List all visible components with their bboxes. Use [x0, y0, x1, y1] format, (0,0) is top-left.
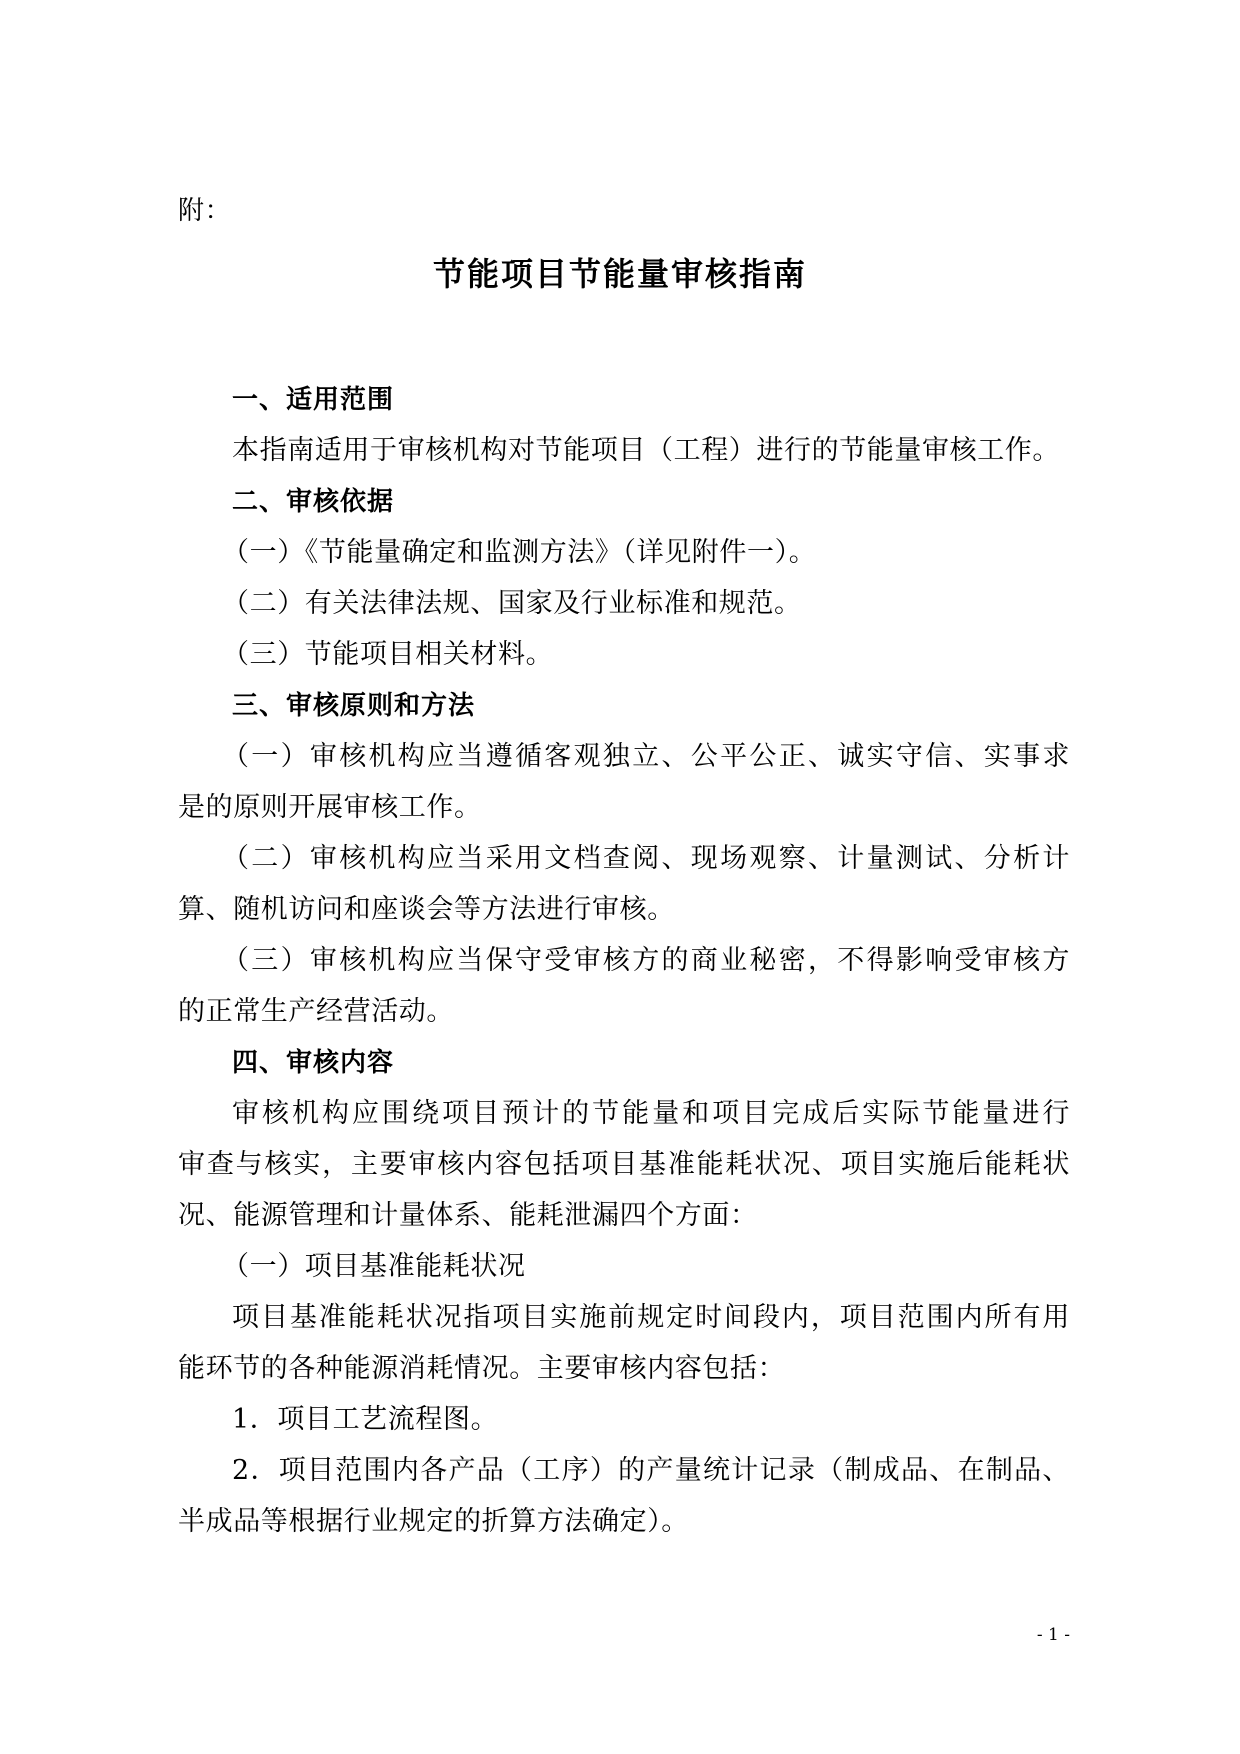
principle-3-line-1: （三）审核机构应当保守受审核方的商业秘密，不得影响受审核方: [222, 944, 1070, 978]
baseline-item-2-line-2: 半成品等根据行业规定的折算方法确定）。: [178, 1505, 1070, 1539]
document-title: 节能项目节能量审核指南: [0, 254, 1240, 294]
content-paragraph-line-2: 审查与核实，主要审核内容包括项目基准能耗状况、项目实施后能耗状: [178, 1148, 1070, 1182]
baseline-item-1: 1．项目工艺流程图。: [232, 1403, 1070, 1437]
paragraph-scope: 本指南适用于审核机构对节能项目（工程）进行的节能量审核工作。: [232, 434, 1070, 468]
baseline-paragraph-line-2: 能环节的各种能源消耗情况。主要审核内容包括：: [178, 1352, 1070, 1386]
attachment-label: 附：: [178, 194, 1070, 228]
principle-2-line-1: （二）审核机构应当采用文档查阅、现场观察、计量测试、分析计: [222, 842, 1070, 876]
section-heading-scope: 一、适用范围: [232, 383, 1070, 417]
principle-2-line-2: 算、随机访问和座谈会等方法进行审核。: [178, 893, 1070, 927]
baseline-paragraph-line-1: 项目基准能耗状况指项目实施前规定时间段内，项目范围内所有用: [232, 1301, 1070, 1335]
subsection-heading-baseline: （一）项目基准能耗状况: [222, 1250, 1114, 1284]
content-paragraph-line-1: 审核机构应围绕项目预计的节能量和项目完成后实际节能量进行: [232, 1097, 1070, 1131]
content-paragraph-line-3: 况、能源管理和计量体系、能耗泄漏四个方面：: [178, 1199, 1070, 1233]
page-number: - 1 -: [1010, 1624, 1070, 1646]
section-heading-content: 四、审核内容: [232, 1046, 1070, 1080]
principle-1-line-2: 是的原则开展审核工作。: [178, 791, 1070, 825]
principle-1-line-1: （一）审核机构应当遵循客观独立、公平公正、诚实守信、实事求: [222, 740, 1070, 774]
section-heading-principles: 三、审核原则和方法: [232, 689, 1070, 723]
basis-item-2: （二）有关法律法规、国家及行业标准和规范。: [222, 587, 1114, 621]
baseline-item-2-line-1: 2．项目范围内各产品（工序）的产量统计记录（制成品、在制品、: [232, 1454, 1070, 1488]
basis-item-3: （三）节能项目相关材料。: [222, 638, 1114, 672]
document-page: 附： 节能项目节能量审核指南 一、适用范围 本指南适用于审核机构对节能项目（工程…: [0, 0, 1240, 1754]
basis-item-1: （一）《节能量确定和监测方法》（详见附件一）。: [222, 536, 1114, 570]
principle-3-line-2: 的正常生产经营活动。: [178, 995, 1070, 1029]
section-heading-basis: 二、审核依据: [232, 485, 1070, 519]
